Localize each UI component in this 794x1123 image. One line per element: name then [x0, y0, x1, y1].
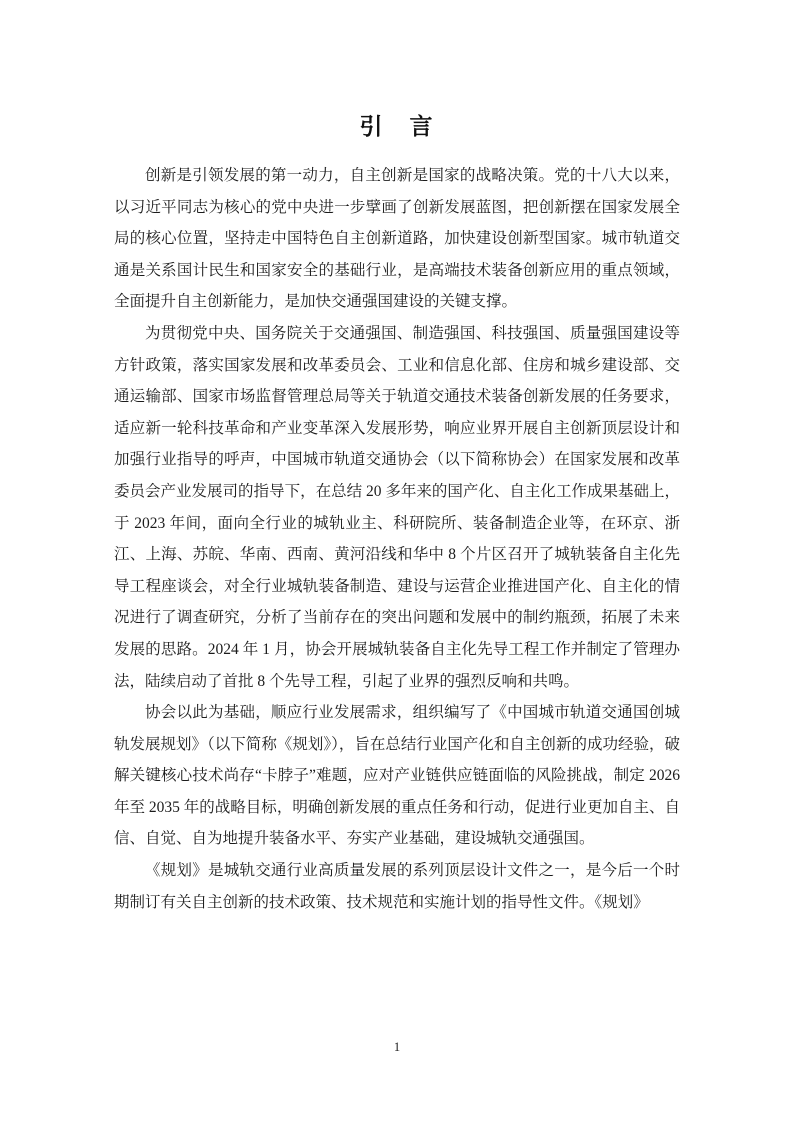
paragraph-1: 创新是引领发展的第一动力，自主创新是国家的战略决策。党的十八大以来，以习近平同志… [114, 160, 680, 318]
page-number: 1 [0, 1040, 794, 1055]
page-content: 引 言 创新是引领发展的第一动力，自主创新是国家的战略决策。党的十八大以来，以习… [114, 110, 680, 918]
paragraph-4: 《规划》是城轨交通行业高质量发展的系列顶层设计文件之一，是今后一个时期制订有关自… [114, 855, 680, 918]
document-title: 引 言 [114, 110, 680, 144]
document-page: 引 言 创新是引领发展的第一动力，自主创新是国家的战略决策。党的十八大以来，以习… [0, 0, 794, 1123]
paragraph-3: 协会以此为基础，顺应行业发展需求，组织编写了《中国城市轨道交通国创城轨发展规划》… [114, 697, 680, 855]
paragraph-2: 为贯彻党中央、国务院关于交通强国、制造强国、科技强国、质量强国建设等方针政策，落… [114, 318, 680, 697]
